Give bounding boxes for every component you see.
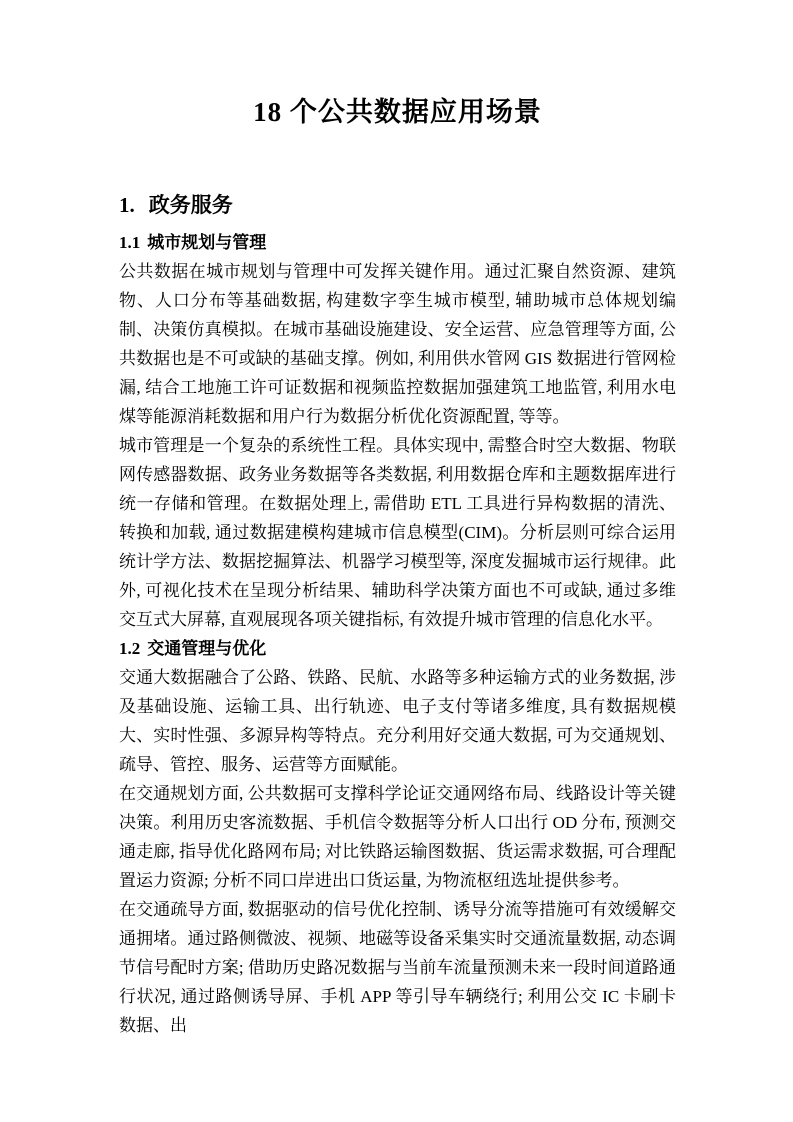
subsection-label: 城市规划与管理 (147, 233, 266, 252)
paragraph-urban-planning-1: 公共数据在城市规划与管理中可发挥关键作用。通过汇聚自然资源、建筑物、人口分布等基… (119, 257, 676, 431)
subsection-heading-1-2: 1.2交通管理与优化 (119, 634, 676, 663)
subsection-heading-1-1: 1.1城市规划与管理 (119, 228, 676, 257)
section-label: 政务服务 (149, 193, 233, 217)
document-page: 18 个公共数据应用场景 1.政务服务 1.1城市规划与管理 公共数据在城市规划… (0, 0, 793, 1122)
paragraph-traffic-1: 交通大数据融合了公路、铁路、民航、水路等多种运输方式的业务数据, 涉及基础设施、… (119, 663, 676, 779)
section-heading-1: 1.政务服务 (119, 192, 676, 219)
subsection-label: 交通管理与优化 (147, 639, 266, 658)
document-title: 18 个公共数据应用场景 (119, 96, 676, 128)
paragraph-traffic-2: 在交通规划方面, 公共数据可支撑科学论证交通网络布局、线路设计等关键决策。利用历… (119, 779, 676, 895)
section-number: 1. (119, 192, 135, 219)
paragraph-urban-planning-2: 城市管理是一个复杂的系统性工程。具体实现中, 需整合时空大数据、物联网传感器数据… (119, 431, 676, 634)
subsection-number: 1.2 (119, 634, 140, 663)
paragraph-traffic-3: 在交通疏导方面, 数据驱动的信号优化控制、诱导分流等措施可有效缓解交通拥堵。通过… (119, 895, 676, 1040)
subsection-number: 1.1 (119, 228, 140, 257)
